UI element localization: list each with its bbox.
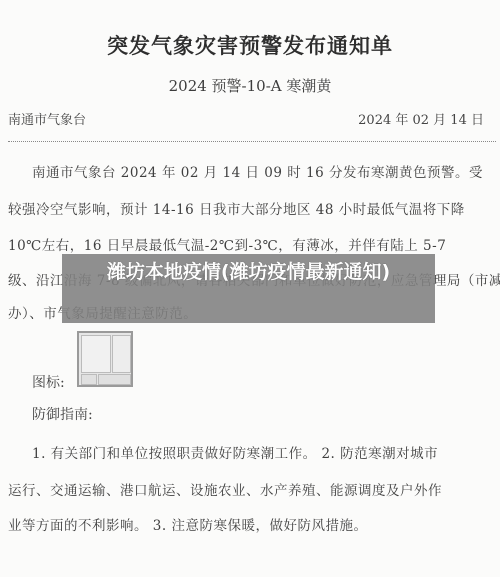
icon-label: 图标:: [32, 372, 65, 392]
caption-overlay: 潍坊本地疫情(潍坊疫情最新通知): [62, 254, 435, 323]
guide-line: 1. 有关部门和单位按照职责做好防寒潮工作。 2. 防范寒潮对城市: [32, 442, 438, 462]
guide-line: 业等方面的不利影响。 3. 注意防寒保暖，做好防风措施。: [8, 514, 367, 534]
guide-label: 防御指南:: [32, 404, 93, 424]
issue-date: 2024 年 02 月 14 日: [358, 109, 484, 128]
separator-line: [8, 141, 496, 142]
body-line: 南通市气象台 2024 年 02 月 14 日 09 时 16 分发布寒潮黄色预…: [32, 161, 483, 181]
warning-notice-document: 突发气象灾害预警发布通知单 2024 预警-10-A 寒潮黄 南通市气象台 20…: [0, 0, 500, 577]
body-line: 10℃左右，16 日早晨最低气温-2℃到-3℃，有薄冰，并伴有陆上 5-7: [8, 234, 446, 254]
issuer: 南通市气象台: [8, 109, 86, 128]
body-line: 较强冷空气影响，预计 14-16 日我市大部分地区 48 小时最低气温将下降: [8, 198, 465, 218]
document-subtitle: 2024 预警-10-A 寒潮黄: [0, 75, 500, 96]
document-title: 突发气象灾害预警发布通知单: [0, 30, 500, 60]
guide-line: 运行、交通运输、港口航运、设施农业、水产养殖、能源调度及户外作: [8, 479, 442, 499]
cold-wave-warning-icon: [77, 331, 133, 387]
